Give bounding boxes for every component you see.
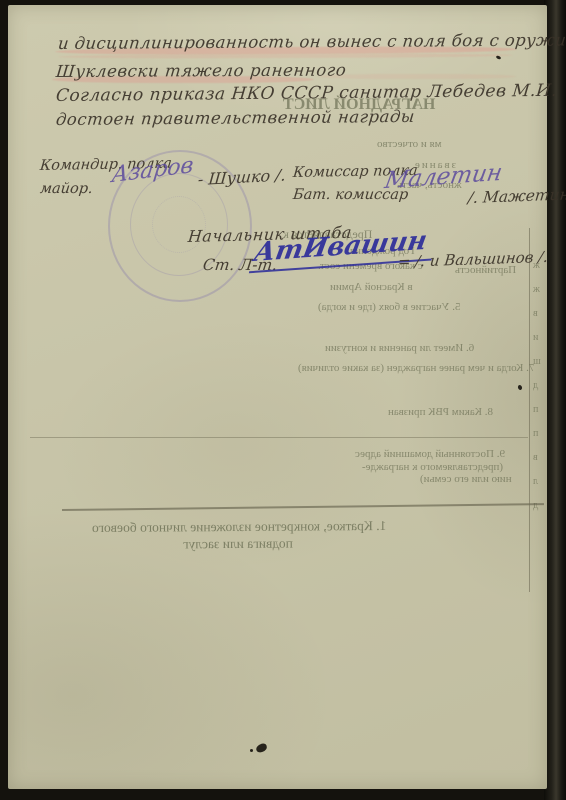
bleed-edge-letter: и xyxy=(533,332,538,343)
bleed-edge-letter: л xyxy=(533,476,538,487)
bleed-edge-letter: д xyxy=(533,380,538,391)
bleed-edge-letter: в xyxy=(533,308,538,319)
bleed-section-heading: 1. Краткое, конкретное изложение личного… xyxy=(92,518,386,536)
bleed-form-field: 8. Каким РВК призван xyxy=(388,406,493,418)
bleed-form-field: мя и отчество xyxy=(377,138,442,150)
bleed-form-field: 9. Постоянный домашний адрес xyxy=(355,448,505,460)
scanned-document-page: мя и отчество звание жность, часть Предс… xyxy=(0,0,566,800)
pink-underline xyxy=(318,74,516,79)
handwritten-line-2: Шуклевски тяжело раненного xyxy=(55,60,347,81)
bleed-form-field: 5. Участие в боях (где и когда) xyxy=(318,301,460,313)
commander-rank: майор. xyxy=(39,181,93,197)
bleed-edge-letter: д xyxy=(533,500,538,511)
ink-blot-satellite xyxy=(250,749,253,752)
bleed-edge-letter: п xyxy=(533,404,538,415)
bleed-edge-letter: ж xyxy=(533,284,540,295)
form-rule-vertical xyxy=(529,228,530,592)
bleed-form-field: 6. Имеет ли ранения и контузии xyxy=(325,342,474,354)
bleed-form-field: нию или его семьи) xyxy=(420,473,512,485)
bleed-form-field: 7. Когда и чем ранее награжден (за какие… xyxy=(298,362,534,374)
bleed-form-field: (представляемого к награжде- xyxy=(362,461,503,473)
bleed-edge-letter: в xyxy=(533,452,538,463)
commissar-name: /. Мажетин /. xyxy=(467,185,566,207)
bleed-form-field: в Красной Армии xyxy=(330,281,413,293)
bleed-edge-letter: п xyxy=(533,428,538,439)
handwritten-line-4: достоен правительственной награды xyxy=(55,107,416,129)
bleed-edge-letter: ш xyxy=(533,356,541,367)
bleed-section-heading: подвига или заслуг xyxy=(183,536,293,553)
form-rule-horizontal xyxy=(30,437,528,438)
scan-background-edge xyxy=(544,0,566,800)
handwritten-line-1: и дисциплинированность он вынес с поля б… xyxy=(57,30,566,53)
